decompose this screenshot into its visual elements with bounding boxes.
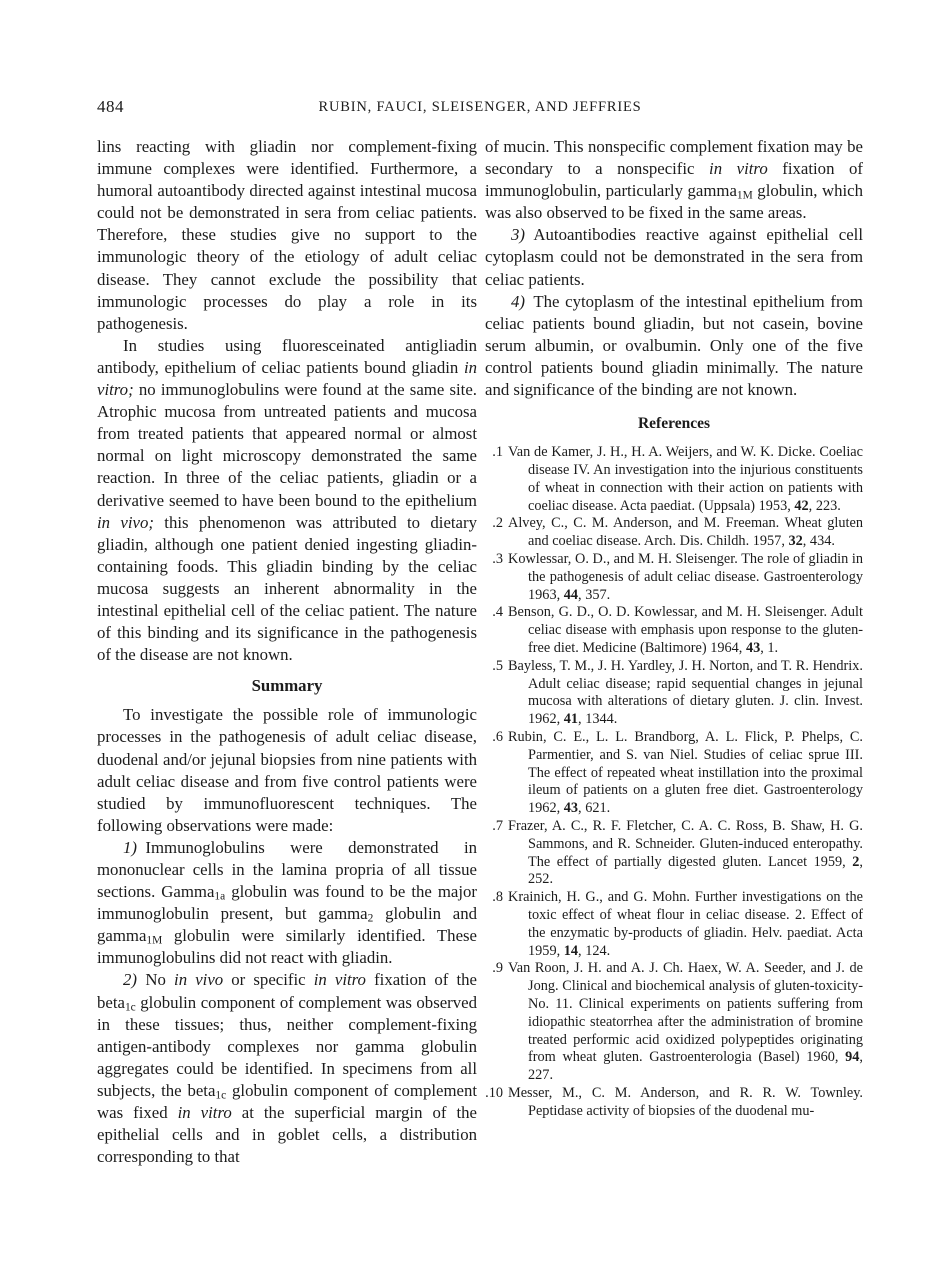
summary-heading: Summary — [97, 675, 477, 697]
reference-number: 7. — [485, 818, 503, 836]
reference-text: Alvey, C., C. M. Anderson, and M. Freema… — [508, 515, 863, 549]
reference-item: 6.Rubin, C. E., L. L. Brandborg, A. L. F… — [485, 729, 863, 818]
reference-text: Kowlessar, O. D., and M. H. Sleisenger. … — [508, 551, 863, 603]
reference-number: 1. — [485, 444, 503, 462]
right-column: of mucin. This nonspecific complement fi… — [485, 136, 863, 1121]
left-column: lins reacting with gliadin nor complemen… — [97, 136, 477, 1168]
reference-item: 7.Frazer, A. C., R. F. Fletcher, C. A. C… — [485, 818, 863, 889]
reference-list: 1.Van de Kamer, J. H., H. A. Weijers, an… — [485, 444, 863, 1120]
reference-text: Krainich, H. G., and G. Mohn. Further in… — [508, 889, 863, 958]
reference-number: 5. — [485, 658, 503, 676]
reference-item: 3.Kowlessar, O. D., and M. H. Sleisenger… — [485, 551, 863, 604]
numbered-item-4: 4) The cytoplasm of the intestinal epith… — [485, 291, 863, 401]
reference-text: Messer, M., C. M. Anderson, and R. R. W.… — [508, 1085, 863, 1119]
references-heading: References — [485, 413, 863, 435]
reference-item: 4.Benson, G. D., O. D. Kowlessar, and M.… — [485, 604, 863, 657]
journal-page: 484 RUBIN, FAUCI, SLEISENGER, AND JEFFRI… — [0, 0, 936, 1261]
reference-text: Van Roon, J. H. and A. J. Ch. Haex, W. A… — [508, 960, 863, 1083]
reference-text: Bayless, T. M., J. H. Yardley, J. H. Nor… — [508, 658, 863, 727]
reference-number: 6. — [485, 729, 503, 747]
body-paragraph: In studies using fluoresceinated antigli… — [97, 335, 477, 666]
reference-item: 10.Messer, M., C. M. Anderson, and R. R.… — [485, 1085, 863, 1121]
running-title: RUBIN, FAUCI, SLEISENGER, AND JEFFRIES — [97, 99, 863, 116]
reference-number: 3. — [485, 551, 503, 569]
reference-text: Van de Kamer, J. H., H. A. Weijers, and … — [508, 444, 863, 513]
numbered-item-2: 2) No in vivo or specific in vitro fixat… — [97, 969, 477, 1168]
numbered-item-1: 1) Immunoglobulins were demonstrated in … — [97, 837, 477, 970]
reference-number: 4. — [485, 604, 503, 622]
reference-text: Frazer, A. C., R. F. Fletcher, C. A. C. … — [508, 818, 863, 887]
reference-number: 10. — [485, 1085, 503, 1103]
summary-paragraph: To investigate the possible role of immu… — [97, 704, 477, 837]
reference-item: 1.Van de Kamer, J. H., H. A. Weijers, an… — [485, 444, 863, 515]
body-paragraph-continuation: of mucin. This nonspecific complement fi… — [485, 136, 863, 224]
body-paragraph-continuation: lins reacting with gliadin nor complemen… — [97, 136, 477, 335]
reference-item: 9.Van Roon, J. H. and A. J. Ch. Haex, W.… — [485, 960, 863, 1085]
reference-number: 2. — [485, 515, 503, 533]
reference-text: Benson, G. D., O. D. Kowlessar, and M. H… — [508, 604, 863, 656]
reference-item: 2.Alvey, C., C. M. Anderson, and M. Free… — [485, 515, 863, 551]
reference-number: 8. — [485, 889, 503, 907]
page-header: 484 RUBIN, FAUCI, SLEISENGER, AND JEFFRI… — [97, 97, 863, 121]
numbered-item-3: 3) Autoantibodies reactive against epith… — [485, 224, 863, 290]
reference-item: 8.Krainich, H. G., and G. Mohn. Further … — [485, 889, 863, 960]
reference-item: 5.Bayless, T. M., J. H. Yardley, J. H. N… — [485, 658, 863, 729]
reference-text: Rubin, C. E., L. L. Brandborg, A. L. Fli… — [508, 729, 863, 816]
reference-number: 9. — [485, 960, 503, 978]
